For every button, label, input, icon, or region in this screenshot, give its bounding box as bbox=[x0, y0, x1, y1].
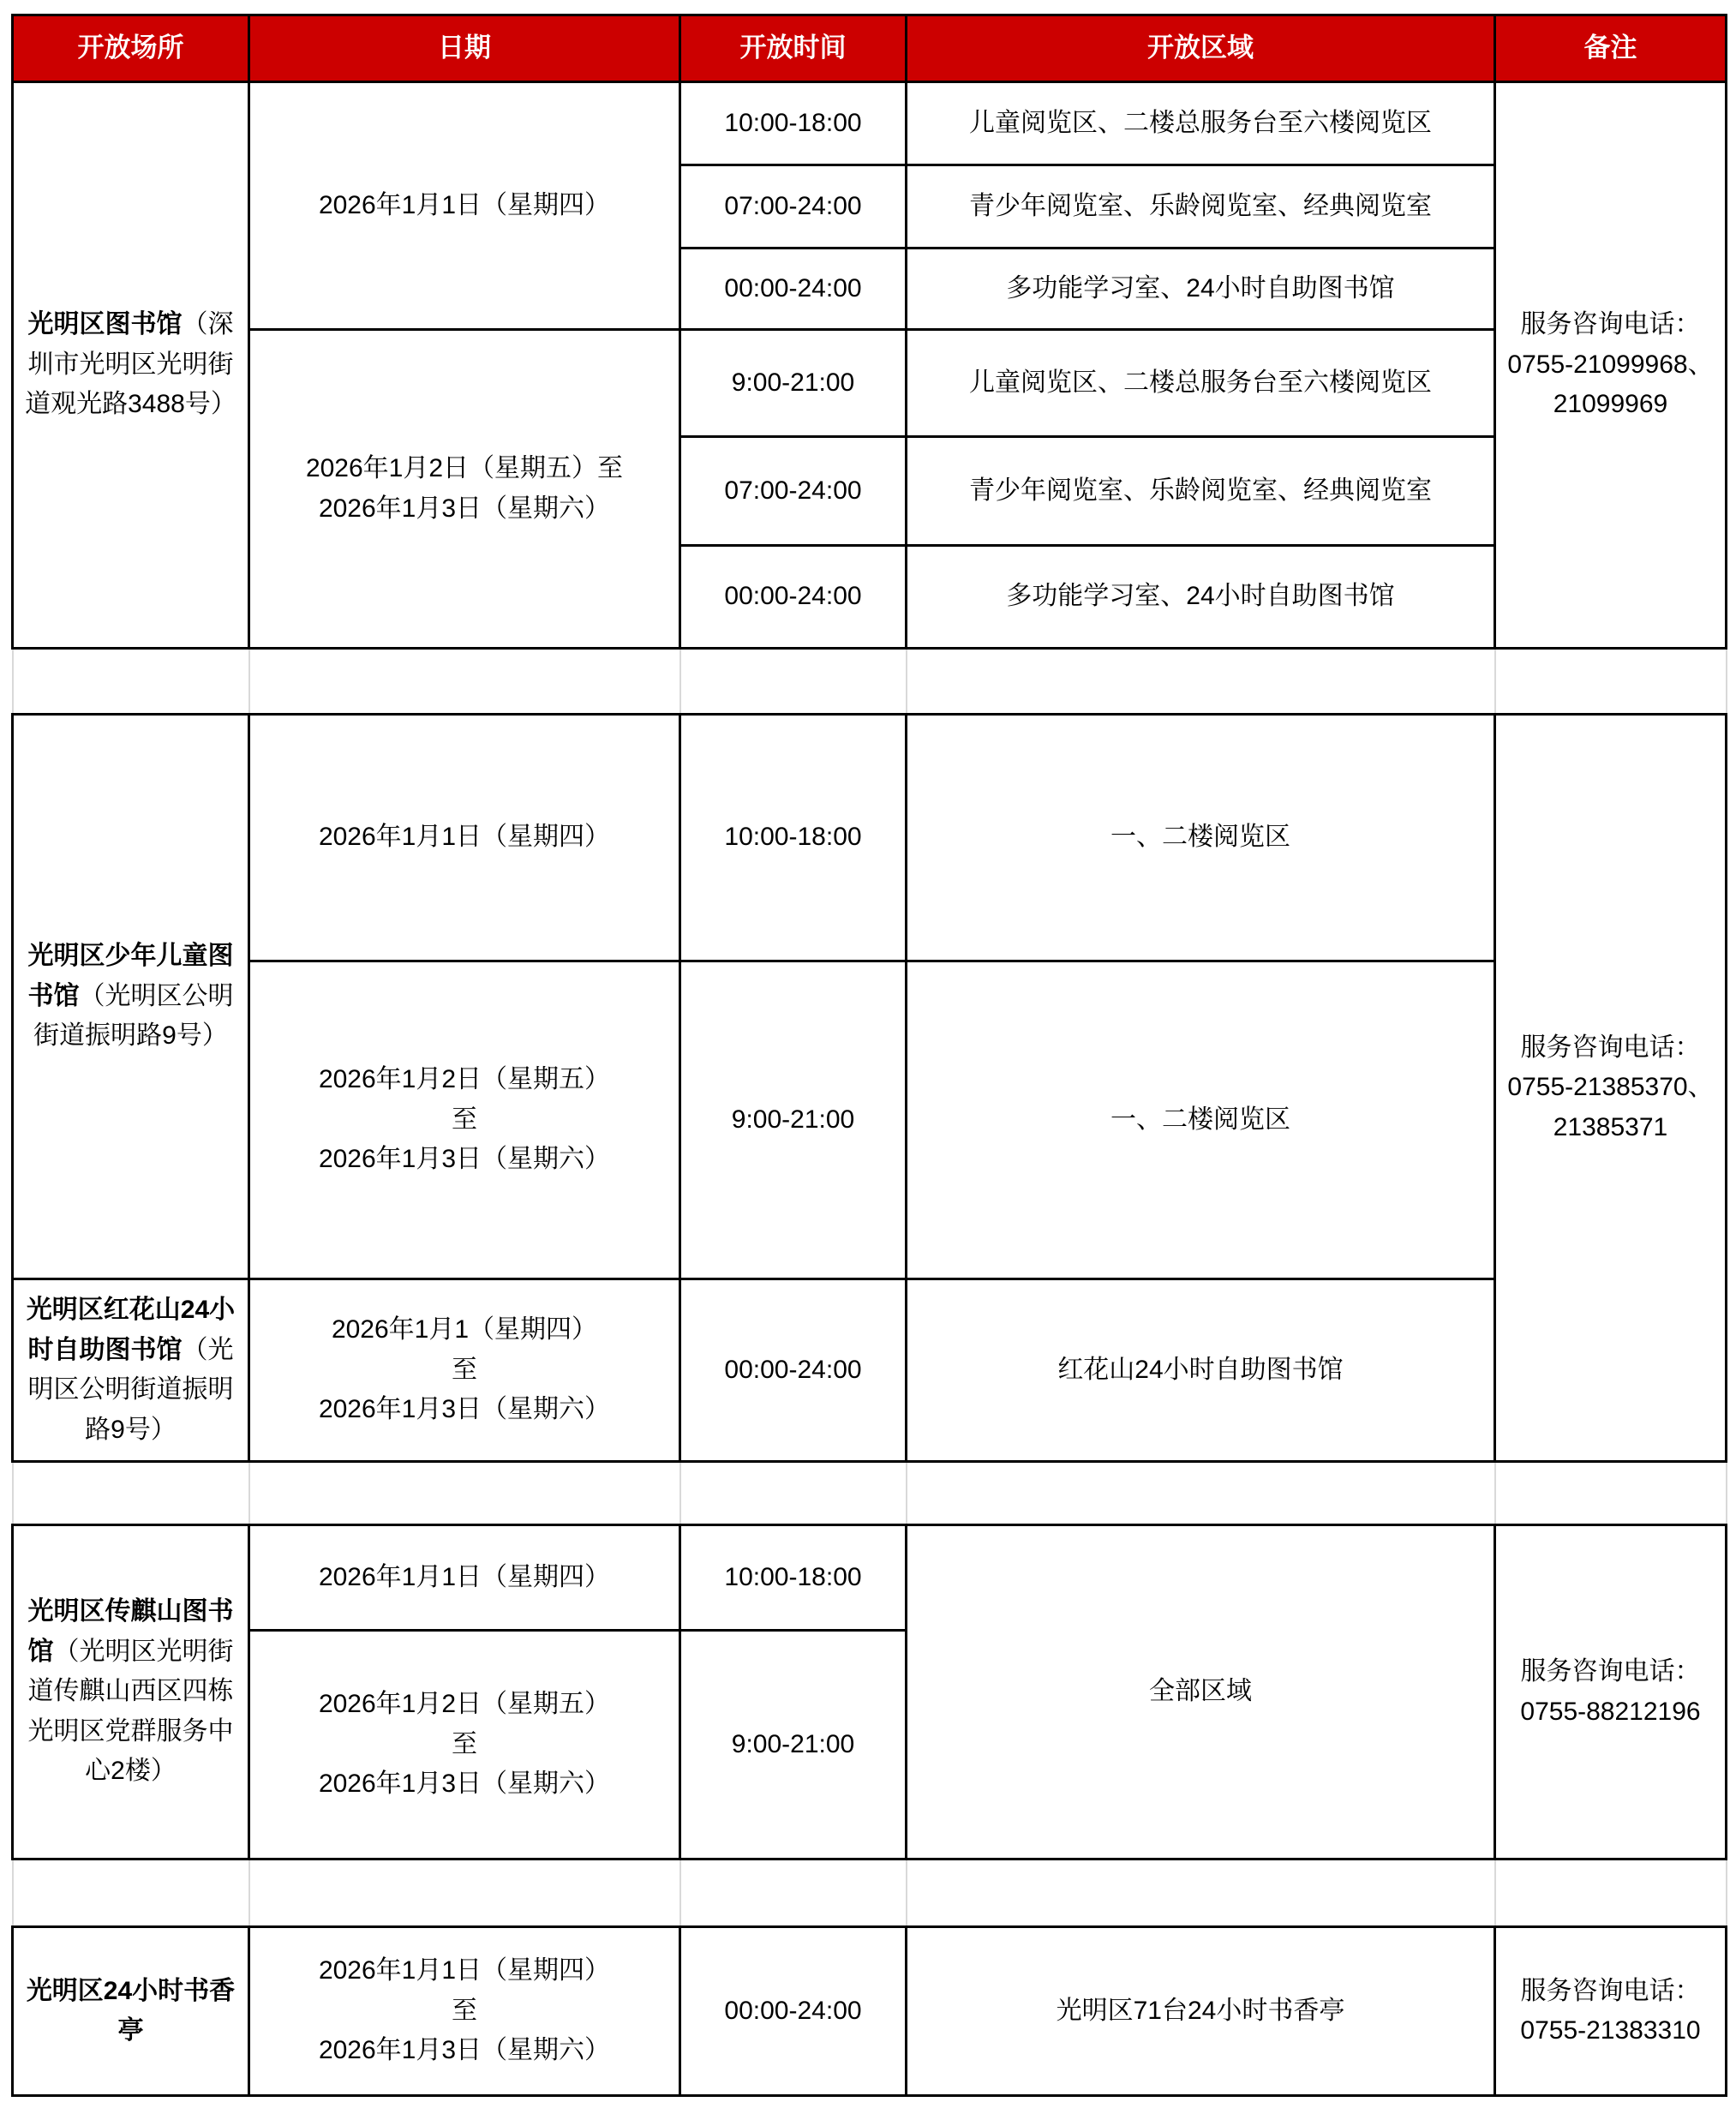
date-cell: 2026年1月2日（星期五） 至 2026年1月3日（星期六） bbox=[249, 1631, 680, 1859]
area-cell: 一、二楼阅览区 bbox=[907, 961, 1495, 1279]
date-cell: 2026年1月2日（星期五）至 2026年1月3日（星期六） bbox=[249, 330, 680, 649]
page: 开放场所 日期 开放时间 开放区域 备注 光明区图书馆（深圳市光明区光明街道观光… bbox=[0, 0, 1736, 2120]
date-cell: 2026年1月1日（星期四） bbox=[249, 1525, 680, 1631]
col-header-time: 开放时间 bbox=[680, 15, 907, 82]
venue-cell: 光明区图书馆（深圳市光明区光明街道观光路3488号） bbox=[13, 82, 249, 649]
venue-name: 光明区图书馆 bbox=[28, 310, 183, 338]
venue-cell: 光明区传麒山图书馆（光明区光明街道传麒山西区四栋光明区党群服务中心2楼） bbox=[13, 1525, 249, 1859]
area-cell: 光明区71台24小时书香亭 bbox=[907, 1927, 1495, 2096]
area-cell: 多功能学习室、24小时自助图书馆 bbox=[907, 546, 1495, 649]
spacer-row bbox=[13, 1859, 1727, 1927]
date-cell: 2026年1月1日（星期四） 至 2026年1月3日（星期六） bbox=[249, 1927, 680, 2096]
table-row: 光明区传麒山图书馆（光明区光明街道传麒山西区四栋光明区党群服务中心2楼） 202… bbox=[13, 1525, 1727, 1631]
col-header-date: 日期 bbox=[249, 15, 680, 82]
date-cell: 2026年1月2日（星期五） 至 2026年1月3日（星期六） bbox=[249, 961, 680, 1279]
area-cell: 全部区域 bbox=[907, 1525, 1495, 1859]
remark-cell: 服务咨询电话： 0755-21385370、 21385371 bbox=[1495, 715, 1727, 1462]
time-cell: 9:00-21:00 bbox=[680, 330, 907, 437]
opening-schedule-table: 开放场所 日期 开放时间 开放区域 备注 光明区图书馆（深圳市光明区光明街道观光… bbox=[11, 14, 1727, 2097]
spacer-row bbox=[13, 1462, 1727, 1525]
venue-cell: 光明区24小时书香亭 bbox=[13, 1927, 249, 2096]
time-cell: 00:00-24:00 bbox=[680, 249, 907, 330]
table-row: 光明区24小时书香亭 2026年1月1日（星期四） 至 2026年1月3日（星期… bbox=[13, 1927, 1727, 2096]
table-row: 光明区少年儿童图书馆（光明区公明街道振明路9号） 2026年1月1日（星期四） … bbox=[13, 715, 1727, 961]
table-row: 光明区图书馆（深圳市光明区光明街道观光路3488号） 2026年1月1日（星期四… bbox=[13, 82, 1727, 165]
time-cell: 07:00-24:00 bbox=[680, 437, 907, 546]
time-cell: 00:00-24:00 bbox=[680, 1279, 907, 1462]
venue-cell: 光明区少年儿童图书馆（光明区公明街道振明路9号） bbox=[13, 715, 249, 1279]
table-row: 2026年1月2日（星期五） 至 2026年1月3日（星期六） 9:00-21:… bbox=[13, 961, 1727, 1279]
venue-address: （光明区光明街道传麒山西区四栋光明区党群服务中心2楼） bbox=[28, 1638, 234, 1786]
time-cell: 10:00-18:00 bbox=[680, 1525, 907, 1631]
area-cell: 多功能学习室、24小时自助图书馆 bbox=[907, 249, 1495, 330]
date-cell: 2026年1月1（星期四） 至 2026年1月3日（星期六） bbox=[249, 1279, 680, 1462]
table-row: 光明区红花山24小时自助图书馆（光明区公明街道振明路9号） 2026年1月1（星… bbox=[13, 1279, 1727, 1462]
col-header-venue: 开放场所 bbox=[13, 15, 249, 82]
area-cell: 红花山24小时自助图书馆 bbox=[907, 1279, 1495, 1462]
header-row: 开放场所 日期 开放时间 开放区域 备注 bbox=[13, 15, 1727, 82]
time-cell: 9:00-21:00 bbox=[680, 961, 907, 1279]
time-cell: 00:00-24:00 bbox=[680, 546, 907, 649]
area-cell: 青少年阅览室、乐龄阅览室、经典阅览室 bbox=[907, 437, 1495, 546]
time-cell: 9:00-21:00 bbox=[680, 1631, 907, 1859]
time-cell: 10:00-18:00 bbox=[680, 82, 907, 165]
area-cell: 一、二楼阅览区 bbox=[907, 715, 1495, 961]
remark-cell: 服务咨询电话： 0755-21383310 bbox=[1495, 1927, 1727, 2096]
remark-cell: 服务咨询电话： 0755-88212196 bbox=[1495, 1525, 1727, 1859]
venue-cell: 光明区红花山24小时自助图书馆（光明区公明街道振明路9号） bbox=[13, 1279, 249, 1462]
area-cell: 儿童阅览区、二楼总服务台至六楼阅览区 bbox=[907, 330, 1495, 437]
venue-name: 光明区24小时书香亭 bbox=[27, 1977, 235, 2045]
remark-cell: 服务咨询电话： 0755-21099968、 21099969 bbox=[1495, 82, 1727, 649]
time-cell: 00:00-24:00 bbox=[680, 1927, 907, 2096]
area-cell: 儿童阅览区、二楼总服务台至六楼阅览区 bbox=[907, 82, 1495, 165]
time-cell: 07:00-24:00 bbox=[680, 165, 907, 249]
table-row: 2026年1月2日（星期五）至 2026年1月3日（星期六） 9:00-21:0… bbox=[13, 330, 1727, 437]
spacer-row bbox=[13, 649, 1727, 715]
time-cell: 10:00-18:00 bbox=[680, 715, 907, 961]
col-header-area: 开放区域 bbox=[907, 15, 1495, 82]
date-cell: 2026年1月1日（星期四） bbox=[249, 82, 680, 330]
col-header-remark: 备注 bbox=[1495, 15, 1727, 82]
area-cell: 青少年阅览室、乐龄阅览室、经典阅览室 bbox=[907, 165, 1495, 249]
date-cell: 2026年1月1日（星期四） bbox=[249, 715, 680, 961]
